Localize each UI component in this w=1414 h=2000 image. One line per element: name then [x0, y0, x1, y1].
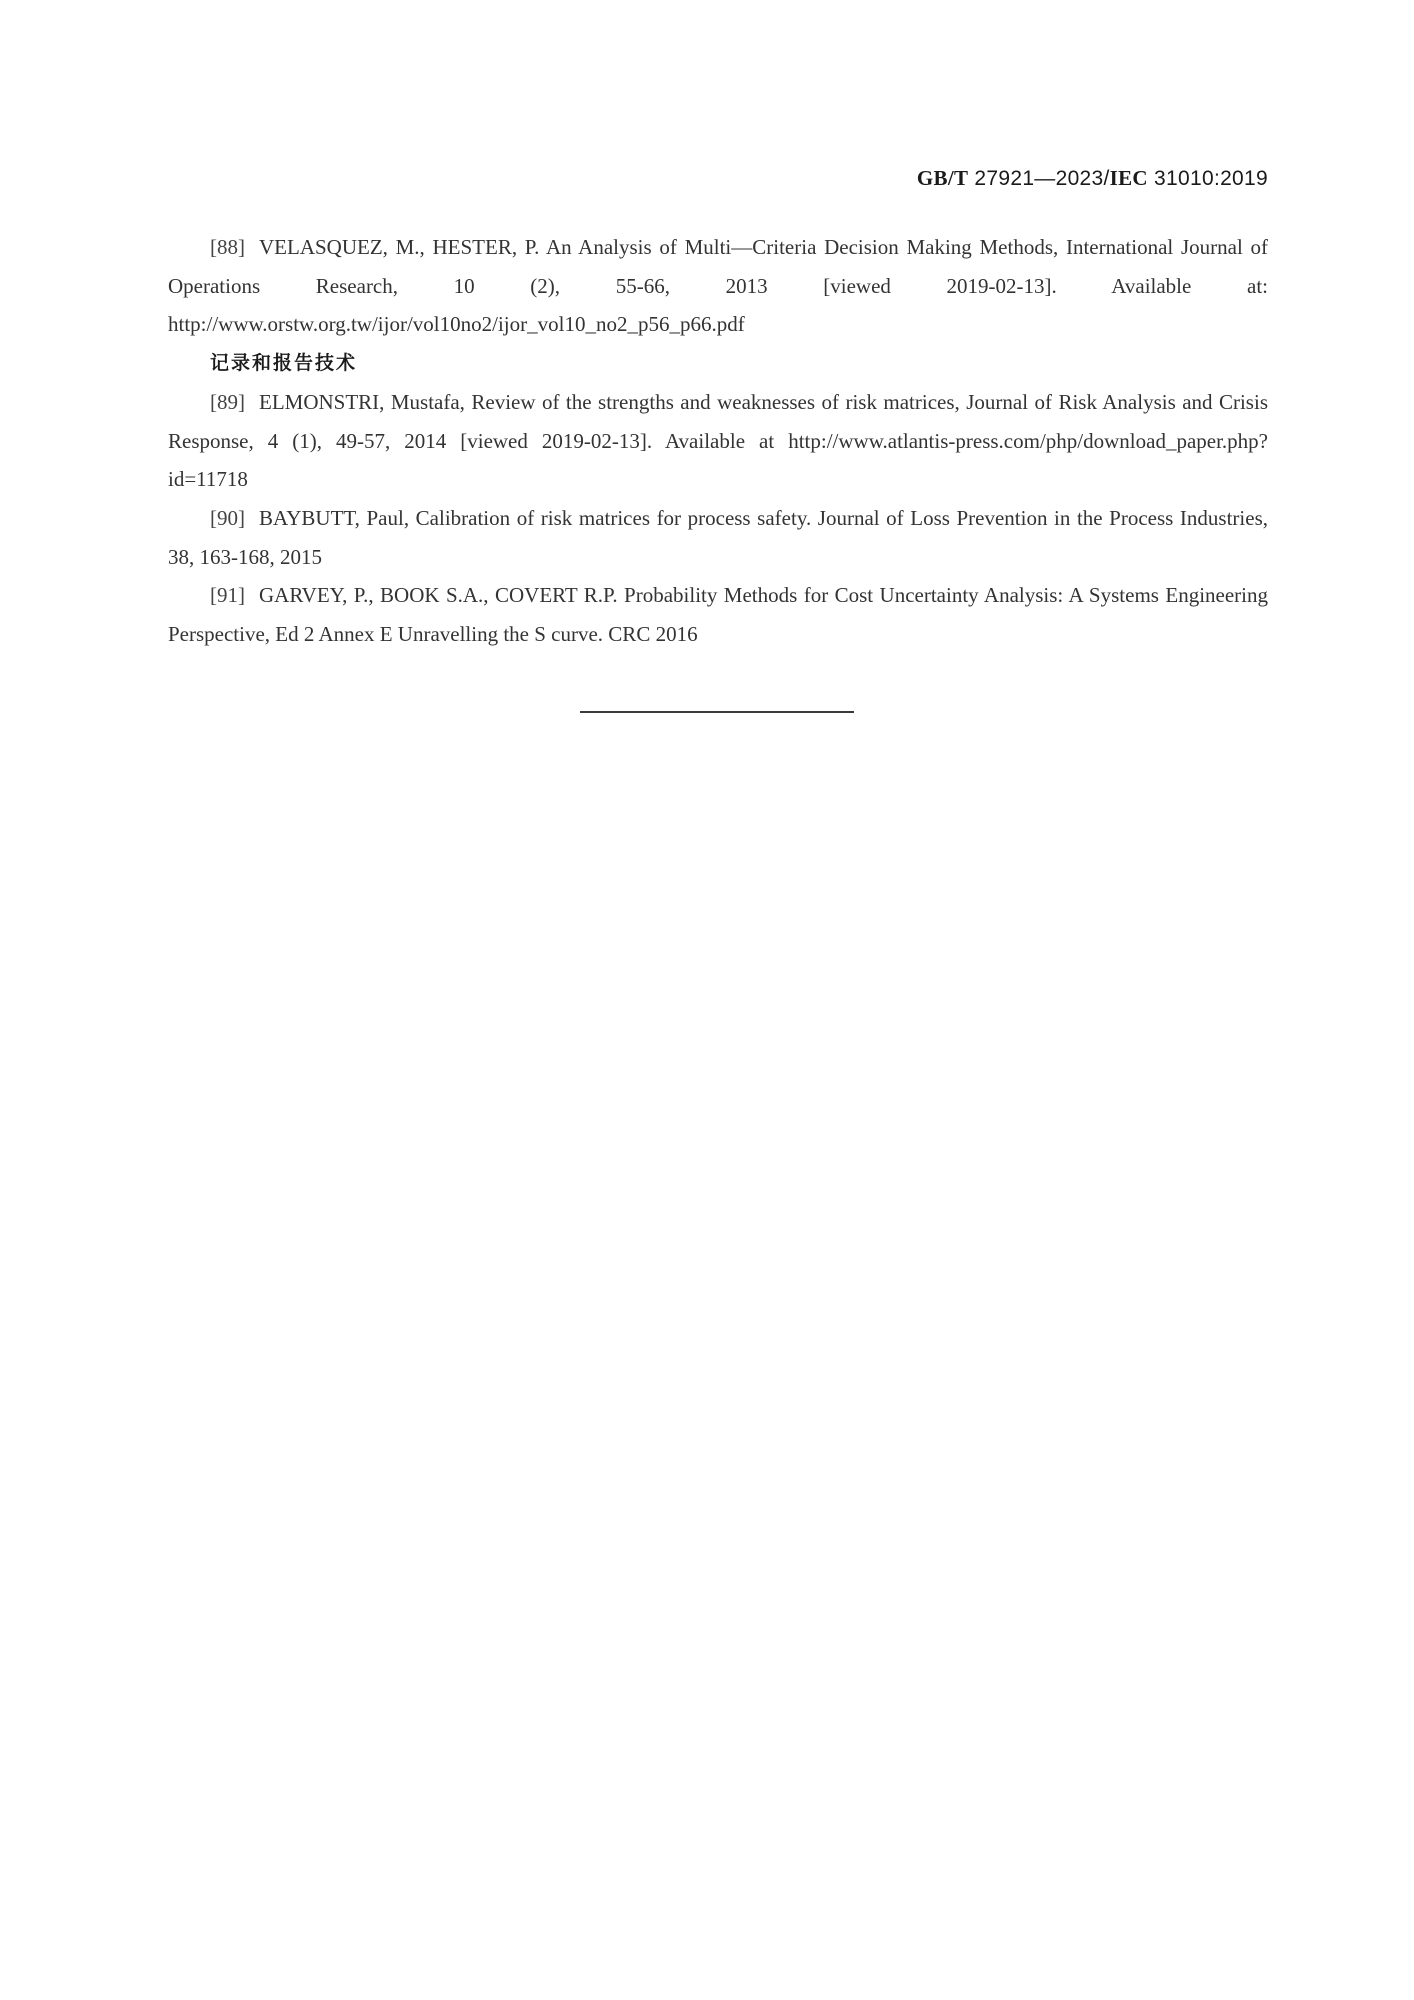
- reference-number: [89]: [210, 390, 245, 414]
- page-header: GB/T 27921—2023/IEC 31010:2019: [917, 166, 1268, 191]
- reference-number: [88]: [210, 235, 245, 259]
- reference-89: [89]ELMONSTRI, Mustafa, Review of the st…: [168, 383, 1268, 499]
- standard-prefix: GB/T: [917, 166, 968, 190]
- reference-88: [88]VELASQUEZ, M., HESTER, P. An Analysi…: [168, 228, 1268, 344]
- standard-number: 27921—2023/: [974, 167, 1109, 190]
- reference-90: [90]BAYBUTT, Paul, Calibration of risk m…: [168, 499, 1268, 576]
- reference-91: [91]GARVEY, P., BOOK S.A., COVERT R.P. P…: [168, 576, 1268, 653]
- section-heading-recording-reporting: 记录和报告技术: [168, 344, 1268, 383]
- reference-number: [91]: [210, 583, 245, 607]
- reference-number: [90]: [210, 506, 245, 530]
- iec-prefix: IEC: [1110, 166, 1148, 190]
- iec-number: 31010:2019: [1154, 167, 1268, 190]
- reference-text: BAYBUTT, Paul, Calibration of risk matri…: [168, 506, 1268, 569]
- reference-text: ELMONSTRI, Mustafa, Review of the streng…: [168, 390, 1268, 491]
- reference-text: VELASQUEZ, M., HESTER, P. An Analysis of…: [168, 235, 1268, 336]
- reference-text: GARVEY, P., BOOK S.A., COVERT R.P. Proba…: [168, 583, 1268, 646]
- bibliography-body: [88]VELASQUEZ, M., HESTER, P. An Analysi…: [168, 228, 1268, 654]
- end-of-document-rule: [580, 711, 854, 713]
